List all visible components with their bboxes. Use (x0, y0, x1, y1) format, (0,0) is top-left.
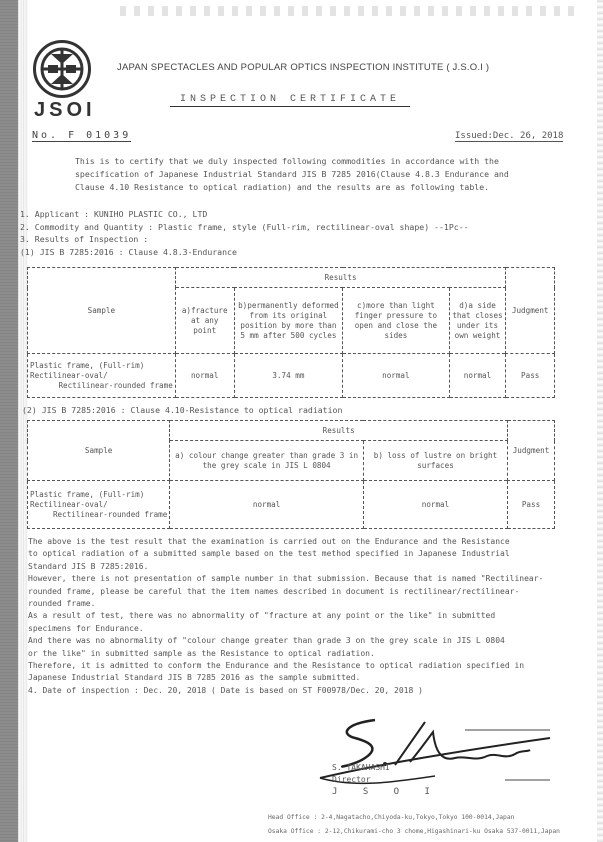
scan-top-smudge (120, 6, 580, 16)
footer-addresses: Head Office : 2-4,Nagatacho,Chiyoda-ku,T… (268, 811, 560, 839)
column-header: b) loss of lustre on bright surfaces (363, 441, 507, 481)
judgment-cell: Pass (506, 354, 555, 398)
sample-cell: Plastic frame, (Full-rim) Rectilinear-ov… (28, 481, 170, 529)
institute-name: JAPAN SPECTACLES AND POPULAR OPTICS INSP… (117, 62, 489, 73)
result-cell: normal (175, 354, 234, 398)
conclusion-text: The above is the test result that the ex… (28, 536, 568, 697)
column-header: d)a side that closes under its own weigh… (449, 288, 506, 354)
signer-block: S. TAKAHASHI Director J S O I (332, 762, 440, 798)
intro-paragraph: This is to certify that we duly inspecte… (75, 155, 555, 194)
sample-cell: Plastic frame, (Full-rim) Rectilinear-ov… (28, 354, 176, 398)
judgment-header: Judgment (506, 268, 555, 354)
result-cell: normal (363, 481, 507, 529)
scan-edge-right (597, 0, 603, 842)
result-cell: normal (449, 354, 506, 398)
sample-line: Rectilinear-rounded frame (30, 510, 167, 520)
item-applicant: 1. Applicant : KUNIHO PLASTIC CO., LTD (20, 208, 469, 221)
scan-edge-left (0, 0, 18, 842)
judgment-header: Judgment (508, 421, 555, 481)
signer-title: Director (332, 774, 440, 786)
sample-line: Plastic frame, (Full-rim) (30, 361, 173, 371)
conclusion-line: As a result of test, there was no abnorm… (28, 610, 568, 622)
column-header: a) colour change greater than grade 3 in… (170, 441, 364, 481)
certificate-title: INSPECTION CERTIFICATE (170, 94, 410, 107)
signer-name: S. TAKAHASHI (332, 762, 440, 774)
item-list: 1. Applicant : KUNIHO PLASTIC CO., LTD 2… (20, 208, 469, 258)
conclusion-line: Japanese Industrial Standard JIS B 7285 … (28, 672, 568, 684)
column-header: b)permanently deformed from its original… (234, 288, 343, 354)
column-header: a)fracture at any point (175, 288, 234, 354)
conclusion-line: rounded frame, please be careful that th… (28, 586, 568, 598)
results-header: Results (170, 421, 508, 441)
conclusion-line: Standard JIS B 7285:2016. (28, 561, 568, 573)
signer-org: J S O I (332, 786, 440, 798)
conclusion-line: specimens for Endurance. (28, 623, 568, 635)
results-header: Results (175, 268, 506, 288)
intro-line: specification of Japanese Industrial Sta… (75, 168, 555, 181)
conclusion-line: rounded frame. (28, 598, 568, 610)
jsoi-emblem-icon (33, 40, 91, 98)
head-office-address: Head Office : 2-4,Nagatacho,Chiyoda-ku,T… (268, 811, 560, 825)
endurance-results-table: Sample Results Judgment a)fracture at an… (27, 267, 555, 398)
certificate-number: No. F 01039 (32, 130, 131, 142)
sample-line: Plastic frame, (Full-rim) (30, 490, 167, 500)
conclusion-line: However, there is not presentation of sa… (28, 573, 568, 585)
sample-line: Rectilinear-rounded frame (30, 381, 173, 391)
section2-title: (2) JIS B 7285:2016 : Clause 4.10-Resist… (22, 405, 342, 415)
sample-header: Sample (28, 268, 176, 354)
result-cell: normal (343, 354, 449, 398)
sample-line: Rectilinear-oval/ (30, 500, 167, 510)
judgment-cell: Pass (508, 481, 555, 529)
sample-line: Rectilinear-oval/ (30, 371, 173, 381)
osaka-office-address: Osaka Office : 2-12,Chikurami-cho 3 chom… (268, 825, 560, 839)
issued-date: Issued:Dec. 26, 2018 (455, 131, 563, 142)
conclusion-line: Therefore, it is admitted to conform the… (28, 660, 568, 672)
conclusion-line: The above is the test result that the ex… (28, 536, 568, 548)
item-commodity: 2. Commodity and Quantity : Plastic fram… (20, 221, 469, 234)
conclusion-line: And there was no abnormality of "colour … (28, 635, 568, 647)
sample-header: Sample (28, 421, 170, 481)
item-results: 3. Results of Inspection : (20, 233, 469, 246)
column-header: c)more than light finger pressure to ope… (343, 288, 449, 354)
item-section1-title: (1) JIS B 7285:2016 : Clause 4.8.3-Endur… (20, 246, 469, 259)
inspection-date: 4. Date of inspection : Dec. 20, 2018 ( … (28, 685, 568, 697)
logo-text: JSOI (34, 99, 96, 122)
result-cell: 3.74 mm (234, 354, 343, 398)
conclusion-line: to optical radiation of a submitted samp… (28, 548, 568, 560)
optical-radiation-results-table: Sample Results Judgment a) colour change… (27, 420, 555, 529)
conclusion-line: or the like" in submitted sample as the … (28, 648, 568, 660)
result-cell: normal (170, 481, 364, 529)
intro-line: This is to certify that we duly inspecte… (75, 155, 555, 168)
intro-line: Clause 4.10 Resistance to optical radiat… (75, 181, 555, 194)
